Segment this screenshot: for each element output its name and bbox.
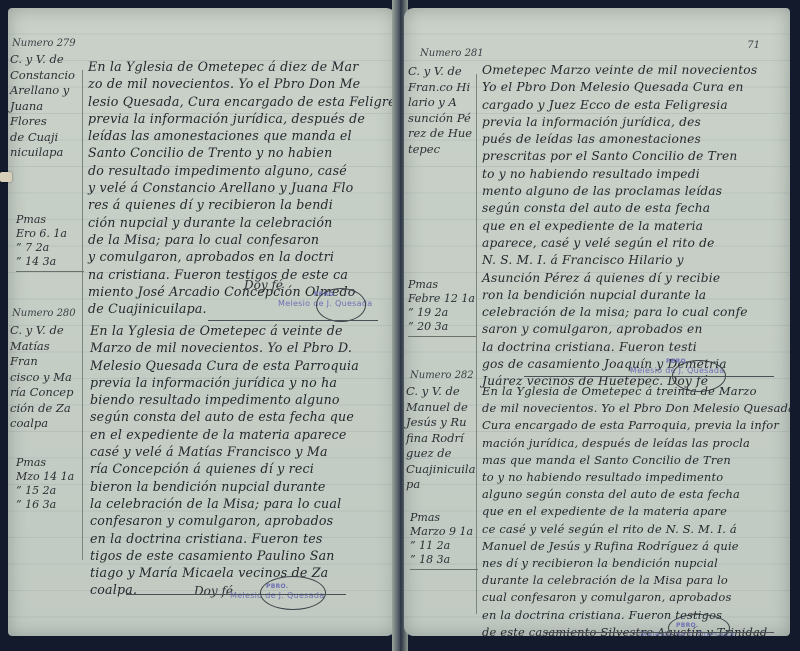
body-line: ción nupcial y durante la celebración xyxy=(88,214,396,231)
margin-note-line: ría Concep xyxy=(10,385,78,401)
body-line: durante la celebración de la Misa para l… xyxy=(482,572,790,589)
body-line: cargado y Juez Ecco de esta Feligresia xyxy=(482,97,757,114)
body-line: de la Misa; para lo cual confesaron xyxy=(88,231,396,248)
body-line: lesio Quesada, Cura encargado de esta Fe… xyxy=(88,93,396,110)
body-line: que en el expediente de la materia xyxy=(482,218,757,235)
margin-note-line: tepec xyxy=(408,142,476,158)
body-line: prescritas por el Santo Concilio de Tren xyxy=(482,148,757,165)
margin-note-line: guez de xyxy=(406,446,474,462)
margin-note-line: Fran.co Hi xyxy=(408,80,476,96)
margin-note-line: C. y V. de xyxy=(10,52,78,68)
body-line: to y no habiendo resultado impedimento xyxy=(482,469,790,486)
sign-off: Doy fé xyxy=(244,278,283,292)
proclamation-row: ” 19 2a xyxy=(408,306,478,320)
proclamation-label: Pmas xyxy=(410,511,480,525)
body-line: previa la información jurídica y no ha xyxy=(90,374,359,391)
body-line: ron la bendición nupcial durante la xyxy=(482,287,757,304)
body-line: casé y velé á Matías Francisco y Ma xyxy=(90,443,359,460)
margin-note-line: C. y V. de xyxy=(406,384,474,400)
register-book: Numero 279 C. y V. de Constancio Arellan… xyxy=(0,0,800,651)
body-line: biendo resultado impedimento alguno xyxy=(90,391,359,408)
proclamation-row: ” 20 3a xyxy=(408,320,478,334)
proclamation-row: ” 7 2a xyxy=(16,241,86,255)
proclamation-row: Marzo 9 1a xyxy=(410,525,480,539)
entry-number: Numero 280 xyxy=(12,308,76,319)
proclamation-dates: Pmas Ero 6. 1a ” 7 2a ” 14 3a xyxy=(16,213,86,272)
body-line: mación jurídica, después de leídas las p… xyxy=(482,435,790,452)
entry-body: Ometepec Marzo veinte de mil novecientos… xyxy=(482,62,757,391)
body-line: ría Concepción á quienes dí y reci xyxy=(90,460,359,477)
margin-note-line: ción de Za xyxy=(10,401,78,417)
entry-number: Numero 282 xyxy=(410,370,474,381)
proclamation-row: ” 11 2a xyxy=(410,539,480,553)
proclamation-row: ” 18 3a xyxy=(410,553,480,567)
margin-note-line: nicuilapa xyxy=(10,145,78,161)
proclamation-label: Pmas xyxy=(16,213,86,227)
body-line: Cura encargado de esta Parroquia, previa… xyxy=(482,417,790,434)
body-line: de mil novecientos. Yo el Pbro Don Meles… xyxy=(482,400,790,417)
body-line: previa la información jurídica, después … xyxy=(88,110,396,127)
body-line: alguno según consta del auto de esta fec… xyxy=(482,486,790,503)
sign-off: Doy fé xyxy=(194,584,233,598)
body-line: cual confesaron y comulgaron, aprobados xyxy=(482,589,790,606)
entry-margin-note: C. y V. de Constancio Arellano y Juana F… xyxy=(10,52,78,161)
bookmark-ribbon xyxy=(0,172,12,182)
body-line: Marzo de mil novecientos. Yo el Pbro D. xyxy=(90,339,359,356)
margin-note-line: Manuel de xyxy=(406,400,474,416)
entry-number: Numero 281 xyxy=(420,48,484,59)
proclamation-row: Febre 12 1a xyxy=(408,292,478,306)
proclamation-label: Pmas xyxy=(16,456,86,470)
left-page: Numero 279 C. y V. de Constancio Arellan… xyxy=(8,8,396,636)
body-line: do resultado impedimento alguno, casé xyxy=(88,162,396,179)
body-line: res á quienes dí y recibieron la bendi xyxy=(88,196,396,213)
body-line: y comulgaron, aprobados en la doctri xyxy=(88,248,396,265)
margin-note-line: coalpa xyxy=(10,416,78,432)
body-line: Manuel de Jesús y Rufina Rodríguez á qui… xyxy=(482,538,790,555)
body-line: En la Yglesia de Ometepec á diez de Mar xyxy=(88,58,396,75)
body-line: de este casamiento Silvestre Agustín y T… xyxy=(482,624,790,636)
body-line: y velé á Constancio Arellano y Juana Flo xyxy=(88,179,396,196)
folio-number: 71 xyxy=(747,40,760,51)
signature-line xyxy=(544,632,774,633)
margin-note-line: Constancio xyxy=(10,68,78,84)
proclamation-row: Mzo 14 1a xyxy=(16,470,86,484)
margin-note-line: de Cuaji xyxy=(10,130,78,146)
body-line: que en el expediente de la materia apare xyxy=(482,503,790,520)
proclamation-row: ” 16 3a xyxy=(16,498,86,512)
margin-note-line: Jesús y Ru xyxy=(406,415,474,431)
body-line: en la doctrina cristiana. Fueron tes xyxy=(90,530,359,547)
body-line: saron y comulgaron, aprobados en xyxy=(482,321,757,338)
body-line: zo de mil novecientos. Yo el Pbro Don Me xyxy=(88,75,396,92)
proclamation-row: Ero 6. 1a xyxy=(16,227,86,241)
body-line: bieron la bendición nupcial durante xyxy=(90,478,359,495)
margin-note-line: Arellano y xyxy=(10,83,78,99)
body-line: mas que manda el Santo Concilio de Tren xyxy=(482,452,790,469)
entry-margin-note: C. y V. de Fran.co Hi lario y A sunción … xyxy=(408,64,476,157)
body-line: en el expediente de la materia aparece xyxy=(90,426,359,443)
entry-body: En la Yglesia de Ometepec á veinte de Ma… xyxy=(90,322,359,599)
entry-margin-note: C. y V. de Matías Fran cisco y Ma ría Co… xyxy=(10,323,78,432)
proclamation-underline xyxy=(408,336,476,337)
proclamation-dates: Pmas Marzo 9 1a ” 11 2a ” 18 3a xyxy=(410,511,480,570)
margin-note-line: fina Rodrí xyxy=(406,431,474,447)
margin-note-line: Cuajinicuila xyxy=(406,462,474,478)
body-line: tigos de este casamiento Paulino San xyxy=(90,547,359,564)
proclamation-label: Pmas xyxy=(408,278,478,292)
proclamation-dates: Pmas Febre 12 1a ” 19 2a ” 20 3a xyxy=(408,278,478,337)
signature-line xyxy=(524,376,774,377)
proclamation-row: ” 15 2a xyxy=(16,484,86,498)
proclamation-underline xyxy=(410,569,478,570)
margin-note-line: Juana Flores xyxy=(10,99,78,130)
body-line: ce casé y velé según el rito de N. S. M.… xyxy=(482,521,790,538)
margin-note-line: cisco y Ma xyxy=(10,370,78,386)
body-line: mento alguno de las proclamas leídas xyxy=(482,183,757,200)
body-line: En la Yglesia de Ometepec á veinte de xyxy=(90,322,359,339)
proclamation-underline xyxy=(16,271,84,272)
margin-note-line: rez de Hue xyxy=(408,126,476,142)
signature-line xyxy=(126,594,346,595)
proclamation-row: ” 14 3a xyxy=(16,255,86,269)
signature-line xyxy=(208,320,378,321)
body-line: la doctrina cristiana. Fueron testi xyxy=(482,339,757,356)
entry-number: Numero 279 xyxy=(12,38,76,49)
margin-note-line: C. y V. de xyxy=(10,323,78,339)
entry-body: En la Yglesia de Ometepec á treinta de M… xyxy=(482,383,790,636)
body-line: celebración de la misa; para lo cual con… xyxy=(482,304,757,321)
signature-flourish-icon xyxy=(260,576,326,610)
body-line: previa la información jurídica, des xyxy=(482,114,757,131)
margin-note-line: sunción Pé xyxy=(408,111,476,127)
body-line: según consta del auto de esta fecha que xyxy=(90,408,359,425)
body-line: aparece, casé y velé según el rito de xyxy=(482,235,757,252)
margin-note-line: C. y V. de xyxy=(408,64,476,80)
body-line: la celebración de la Misa; para lo cual xyxy=(90,495,359,512)
body-line: leídas las amonestaciones que manda el xyxy=(88,127,396,144)
margin-note-line: lario y A xyxy=(408,95,476,111)
body-line: nes dí y recibieron la bendición nupcial xyxy=(482,555,790,572)
proclamation-dates: Pmas Mzo 14 1a ” 15 2a ” 16 3a xyxy=(16,456,86,512)
entry-margin-note: C. y V. de Manuel de Jesús y Ru fina Rod… xyxy=(406,384,474,493)
signature-flourish-icon xyxy=(316,288,366,322)
margin-note-line: Matías Fran xyxy=(10,339,78,370)
right-page: 71 Numero 281 C. y V. de Fran.co Hi lari… xyxy=(404,8,790,636)
body-line: Yo el Pbro Don Melesio Quesada Cura en xyxy=(482,79,757,96)
body-line: na cristiana. Fueron testigos de este ca xyxy=(88,266,396,283)
body-line: Ometepec Marzo veinte de mil novecientos xyxy=(482,62,757,79)
body-line: to y no habiendo resultado impedi xyxy=(482,166,757,183)
entry-body: En la Yglesia de Ometepec á diez de Mar … xyxy=(88,58,396,317)
body-line: N. S. M. I. á Francisco Hilario y xyxy=(482,252,757,269)
body-line: Melesio Quesada Cura de esta Parroquia xyxy=(90,357,359,374)
body-line: Santo Concilio de Trento y no habien xyxy=(88,144,396,161)
margin-note-line: pa xyxy=(406,477,474,493)
body-line: pués de leídas las amonestaciones xyxy=(482,131,757,148)
body-line: en la doctrina cristiana. Fueron testigo… xyxy=(482,607,790,624)
body-line: tiago y María Micaela vecinos de Za xyxy=(90,564,359,581)
body-line: Asunción Pérez á quienes dí y recibie xyxy=(482,270,757,287)
body-line: En la Yglesia de Ometepec á treinta de M… xyxy=(482,383,790,400)
body-line: confesaron y comulgaron, aprobados xyxy=(90,512,359,529)
body-line: según consta del auto de esta fecha xyxy=(482,200,757,217)
